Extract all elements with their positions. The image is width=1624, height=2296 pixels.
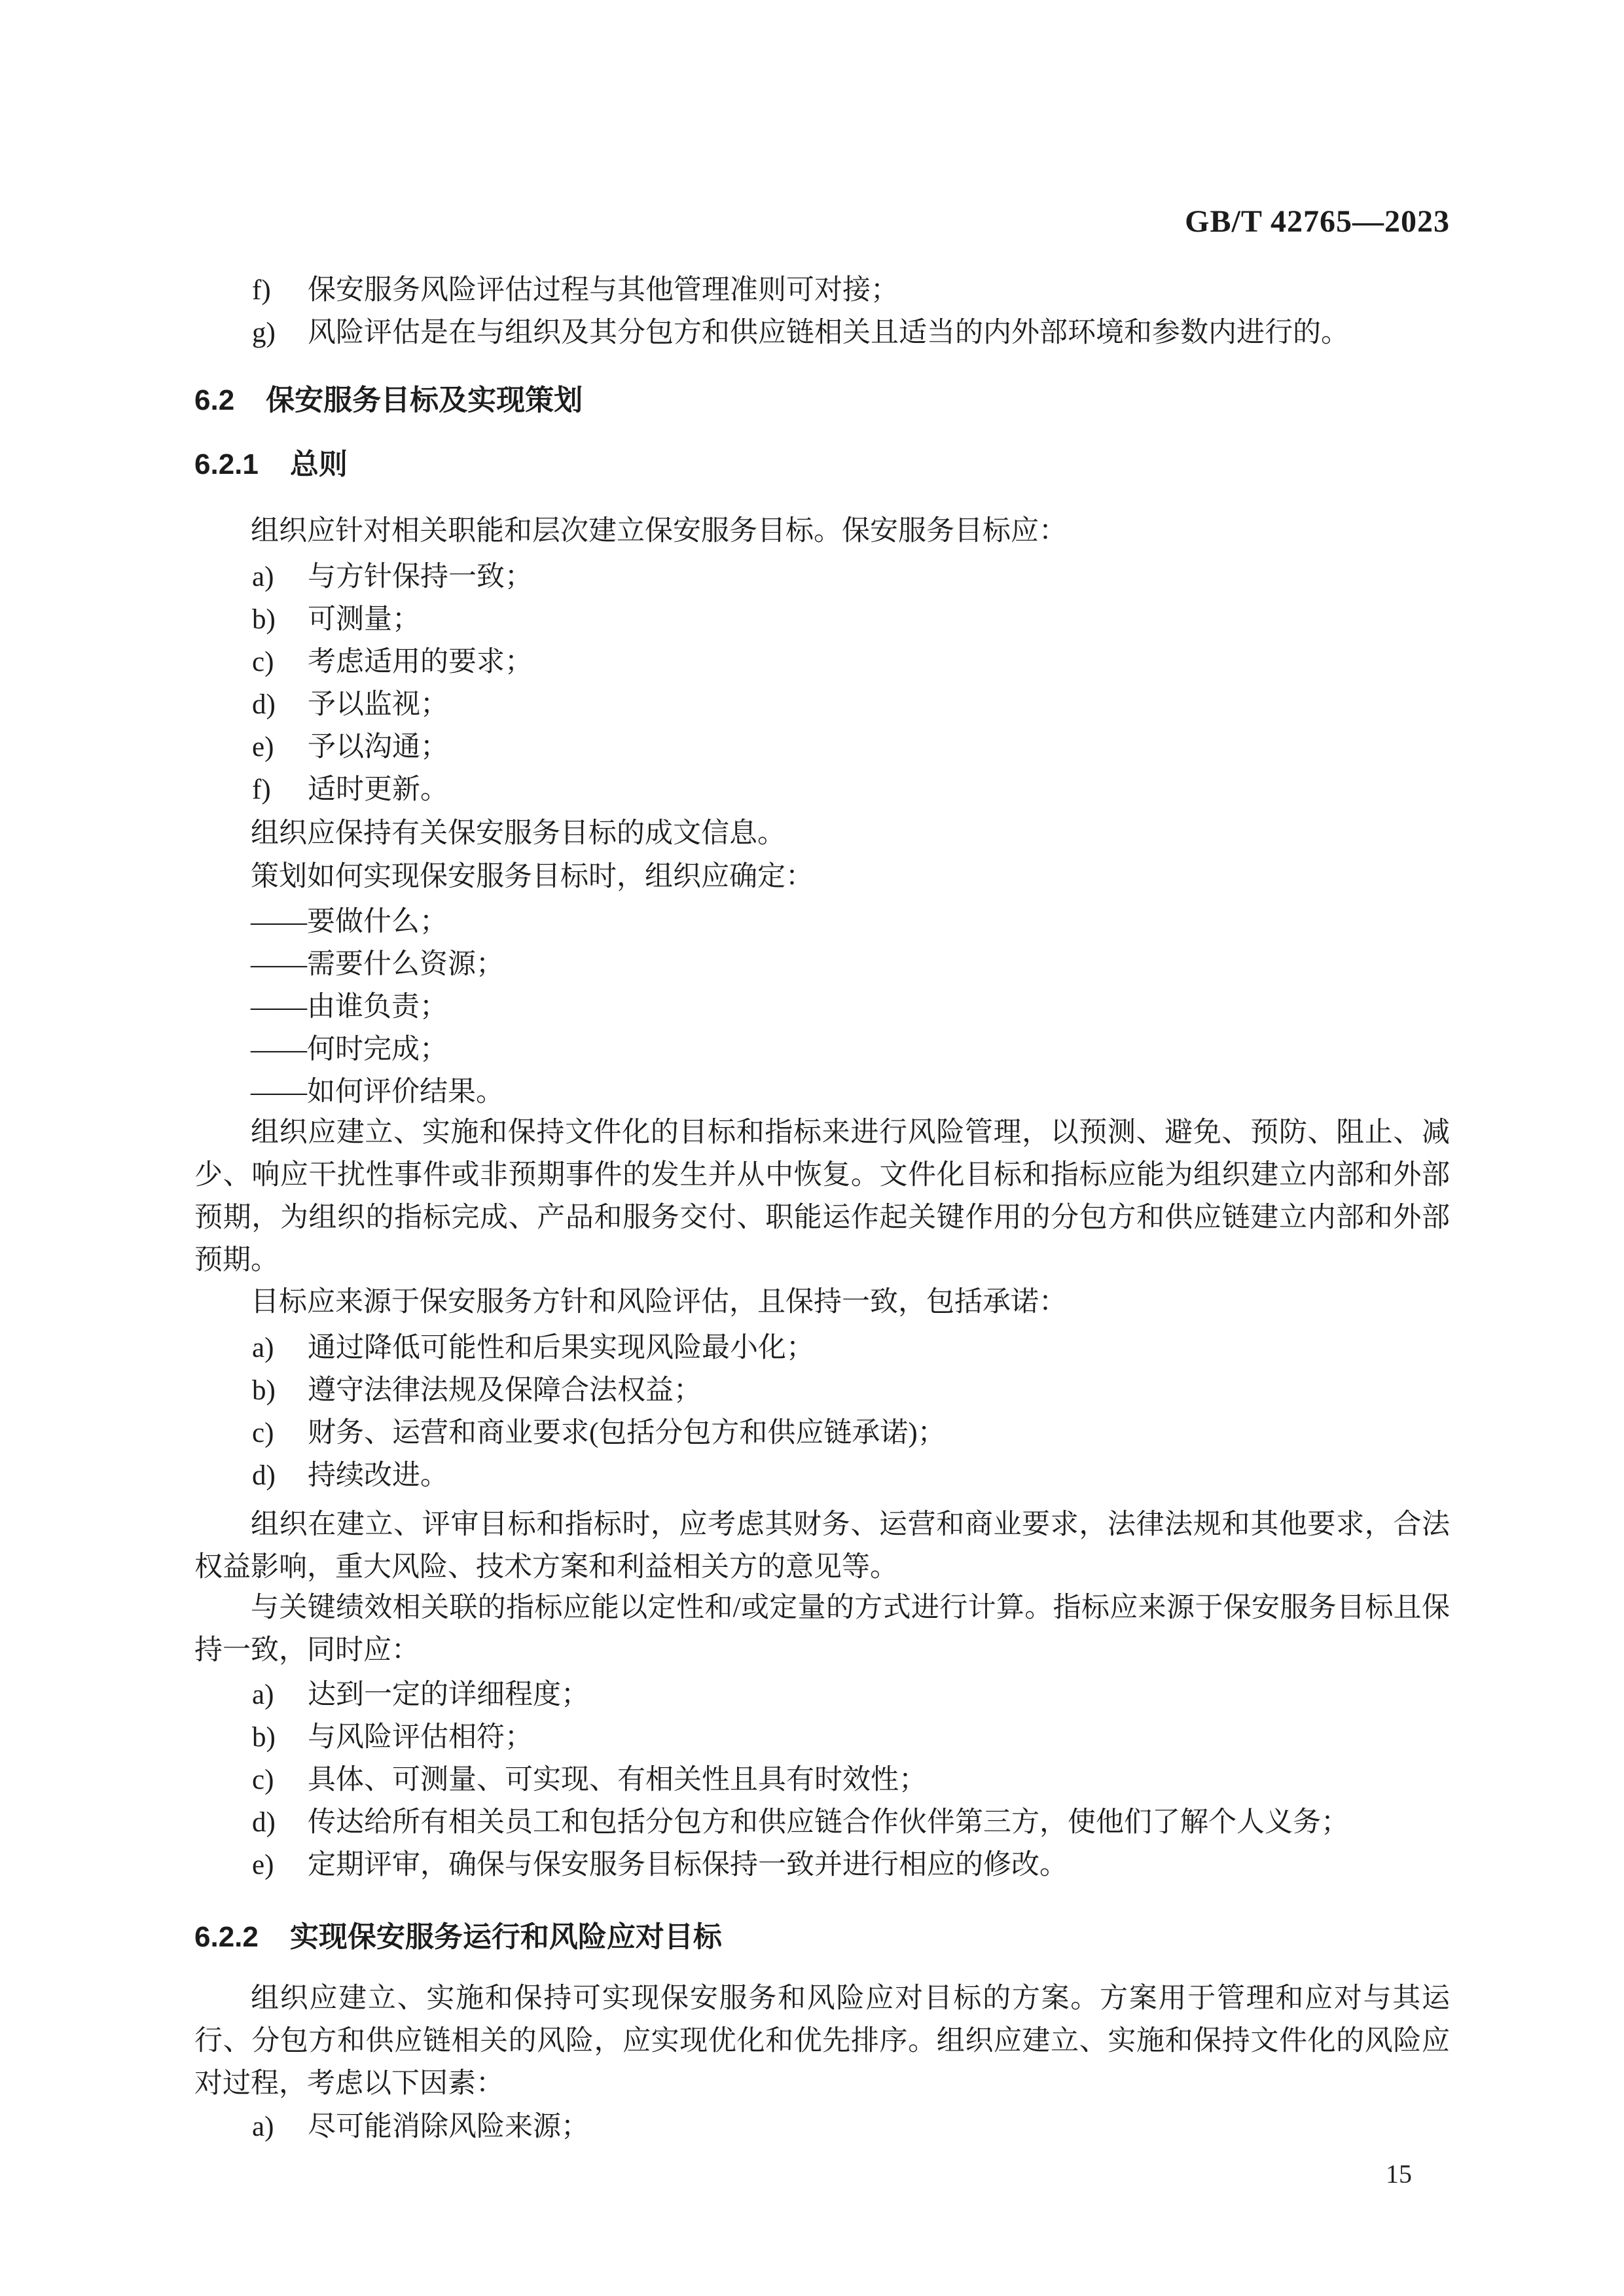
paragraph: 策划如何实现保安服务目标时，组织应确定： [194, 855, 1450, 898]
list-item-text: 定期评审，确保与保安服务目标保持一致并进行相应的修改。 [308, 1850, 1068, 1880]
paragraph: 组织在建立、评审目标和指标时，应考虑其财务、运营和商业要求，法律法规和其他要求，… [194, 1503, 1450, 1588]
list-item-label: a) [252, 1327, 308, 1369]
dash-item: ——如何评价结果。 [194, 1071, 1450, 1113]
list-item: c)考虑适用的要求； [194, 641, 1450, 683]
paragraph: 与关键绩效相关联的指标应能以定性和/或定量的方式进行计算。指标应来源于保安服务目… [194, 1587, 1450, 1672]
list-item-text: 达到一定的详细程度； [308, 1679, 589, 1710]
list-item-label: d) [252, 683, 308, 726]
list-item-label: a) [252, 2106, 308, 2148]
list-item-text: 遵守法律法规及保障合法权益； [308, 1375, 702, 1406]
list-a-last: a)尽可能消除风险来源； [194, 2106, 1450, 2148]
list-item-text: 具体、可测量、可实现、有相关性且具有时效性； [308, 1765, 927, 1795]
dash-item: ——由谁负责； [194, 986, 1450, 1028]
list-item: b)与风险评估相符； [194, 1716, 1450, 1759]
paragraph: 组织应保持有关保安服务目标的成文信息。 [194, 812, 1450, 855]
list-item: g)风险评估是在与组织及其分包方和供应链相关且适当的内外部环境和参数内进行的。 [194, 312, 1450, 354]
list-a-d: a)通过降低可能性和后果实现风险最小化； b)遵守法律法规及保障合法权益； c)… [194, 1327, 1450, 1497]
list-item: a)与方针保持一致； [194, 556, 1450, 598]
list-item-label: d) [252, 1801, 308, 1844]
page-number: 15 [194, 2153, 1450, 2195]
list-item: a)通过降低可能性和后果实现风险最小化； [194, 1327, 1450, 1369]
list-item-text: 考虑适用的要求； [308, 647, 533, 677]
list-item-text: 尽可能消除风险来源； [308, 2111, 589, 2142]
list-a-e: a)达到一定的详细程度； b)与风险评估相符； c)具体、可测量、可实现、有相关… [194, 1674, 1450, 1886]
list-item: a)达到一定的详细程度； [194, 1674, 1450, 1716]
list-item-text: 传达给所有相关员工和包括分包方和供应链合作伙伴第三方，使他们了解个人义务； [308, 1807, 1349, 1838]
list-item: d)持续改进。 [194, 1454, 1450, 1497]
list-item: c)财务、运营和商业要求(包括分包方和供应链承诺)； [194, 1412, 1450, 1454]
list-item: f)保安服务风险评估过程与其他管理准则可对接； [194, 269, 1450, 312]
list-item-label: c) [252, 641, 308, 683]
section-title: 保安服务目标及实现策划 [266, 384, 583, 416]
section-number: 6.2.2 [194, 1921, 259, 1953]
page-header: GB/T 42765—2023 [194, 200, 1450, 243]
list-item-text: 与方针保持一致； [308, 562, 533, 592]
list-item-text: 保安服务风险评估过程与其他管理准则可对接； [308, 275, 899, 306]
list-item: d)予以监视； [194, 683, 1450, 726]
list-item: b)遵守法律法规及保障合法权益； [194, 1369, 1450, 1412]
list-item-label: a) [252, 556, 308, 598]
dash-item: ——需要什么资源； [194, 943, 1450, 986]
dash-item: ——何时完成； [194, 1028, 1450, 1071]
list-item-text: 予以监视； [308, 689, 448, 720]
dash-list: ——要做什么； ——需要什么资源； ——由谁负责； ——何时完成； ——如何评价… [194, 901, 1450, 1113]
document-page: GB/T 42765—2023 f)保安服务风险评估过程与其他管理准则可对接； … [0, 0, 1624, 2296]
section-heading-6-2-2: 6.2.2实现保安服务运行和风险应对目标 [194, 1916, 1450, 1958]
list-item-label: d) [252, 1454, 308, 1497]
list-item-label: e) [252, 1844, 308, 1886]
list-item-label: f) [252, 269, 308, 312]
list-item-text: 通过降低可能性和后果实现风险最小化； [308, 1333, 814, 1363]
section-title: 总则 [290, 448, 348, 480]
list-item: d)传达给所有相关员工和包括分包方和供应链合作伙伴第三方，使他们了解个人义务； [194, 1801, 1450, 1844]
list-item-label: f) [252, 768, 308, 811]
list-a-f: a)与方针保持一致； b)可测量； c)考虑适用的要求； d)予以监视； e)予… [194, 556, 1450, 811]
list-item-text: 财务、运营和商业要求(包括分包方和供应链承诺)； [308, 1418, 946, 1448]
section-heading-6-2-1: 6.2.1总则 [194, 443, 1450, 486]
list-item-label: a) [252, 1674, 308, 1716]
section-number: 6.2 [194, 384, 234, 416]
doc-code: GB/T 42765—2023 [1185, 204, 1450, 239]
section-heading-6-2: 6.2保安服务目标及实现策划 [194, 379, 1450, 422]
list-item-label: b) [252, 1716, 308, 1759]
paragraph: 组织应针对相关职能和层次建立保安服务目标。保安服务目标应： [194, 510, 1450, 552]
list-item-label: b) [252, 598, 308, 641]
document-content: f)保安服务风险评估过程与其他管理准则可对接； g)风险评估是在与组织及其分包方… [194, 269, 1450, 2195]
list-item-label: b) [252, 1369, 308, 1412]
list-item: a)尽可能消除风险来源； [194, 2106, 1450, 2148]
dash-item: ——要做什么； [194, 901, 1450, 943]
paragraph: 组织应建立、实施和保持文件化的目标和指标来进行风险管理，以预测、避免、预防、阻止… [194, 1111, 1450, 1282]
list-item-text: 与风险评估相符； [308, 1722, 533, 1753]
list-f-g: f)保安服务风险评估过程与其他管理准则可对接； g)风险评估是在与组织及其分包方… [194, 269, 1450, 354]
paragraph: 组织应建立、实施和保持可实现保安服务和风险应对目标的方案。方案用于管理和应对与其… [194, 1977, 1450, 2105]
list-item: f)适时更新。 [194, 768, 1450, 811]
list-item-label: c) [252, 1412, 308, 1454]
list-item-text: 予以沟通； [308, 732, 448, 762]
list-item-text: 风险评估是在与组织及其分包方和供应链相关且适当的内外部环境和参数内进行的。 [308, 317, 1349, 348]
list-item: e)予以沟通； [194, 726, 1450, 768]
list-item-label: g) [252, 312, 308, 354]
list-item: e)定期评审，确保与保安服务目标保持一致并进行相应的修改。 [194, 1844, 1450, 1886]
list-item-text: 持续改进。 [308, 1460, 448, 1491]
list-item-text: 适时更新。 [308, 774, 448, 805]
list-item: c)具体、可测量、可实现、有相关性且具有时效性； [194, 1759, 1450, 1801]
list-item-label: e) [252, 726, 308, 768]
paragraph: 目标应来源于保安服务方针和风险评估，且保持一致，包括承诺： [194, 1281, 1450, 1323]
list-item: b)可测量； [194, 598, 1450, 641]
section-title: 实现保安服务运行和风险应对目标 [290, 1921, 722, 1953]
section-number: 6.2.1 [194, 448, 259, 480]
list-item-text: 可测量； [308, 604, 420, 635]
list-item-label: c) [252, 1759, 308, 1801]
